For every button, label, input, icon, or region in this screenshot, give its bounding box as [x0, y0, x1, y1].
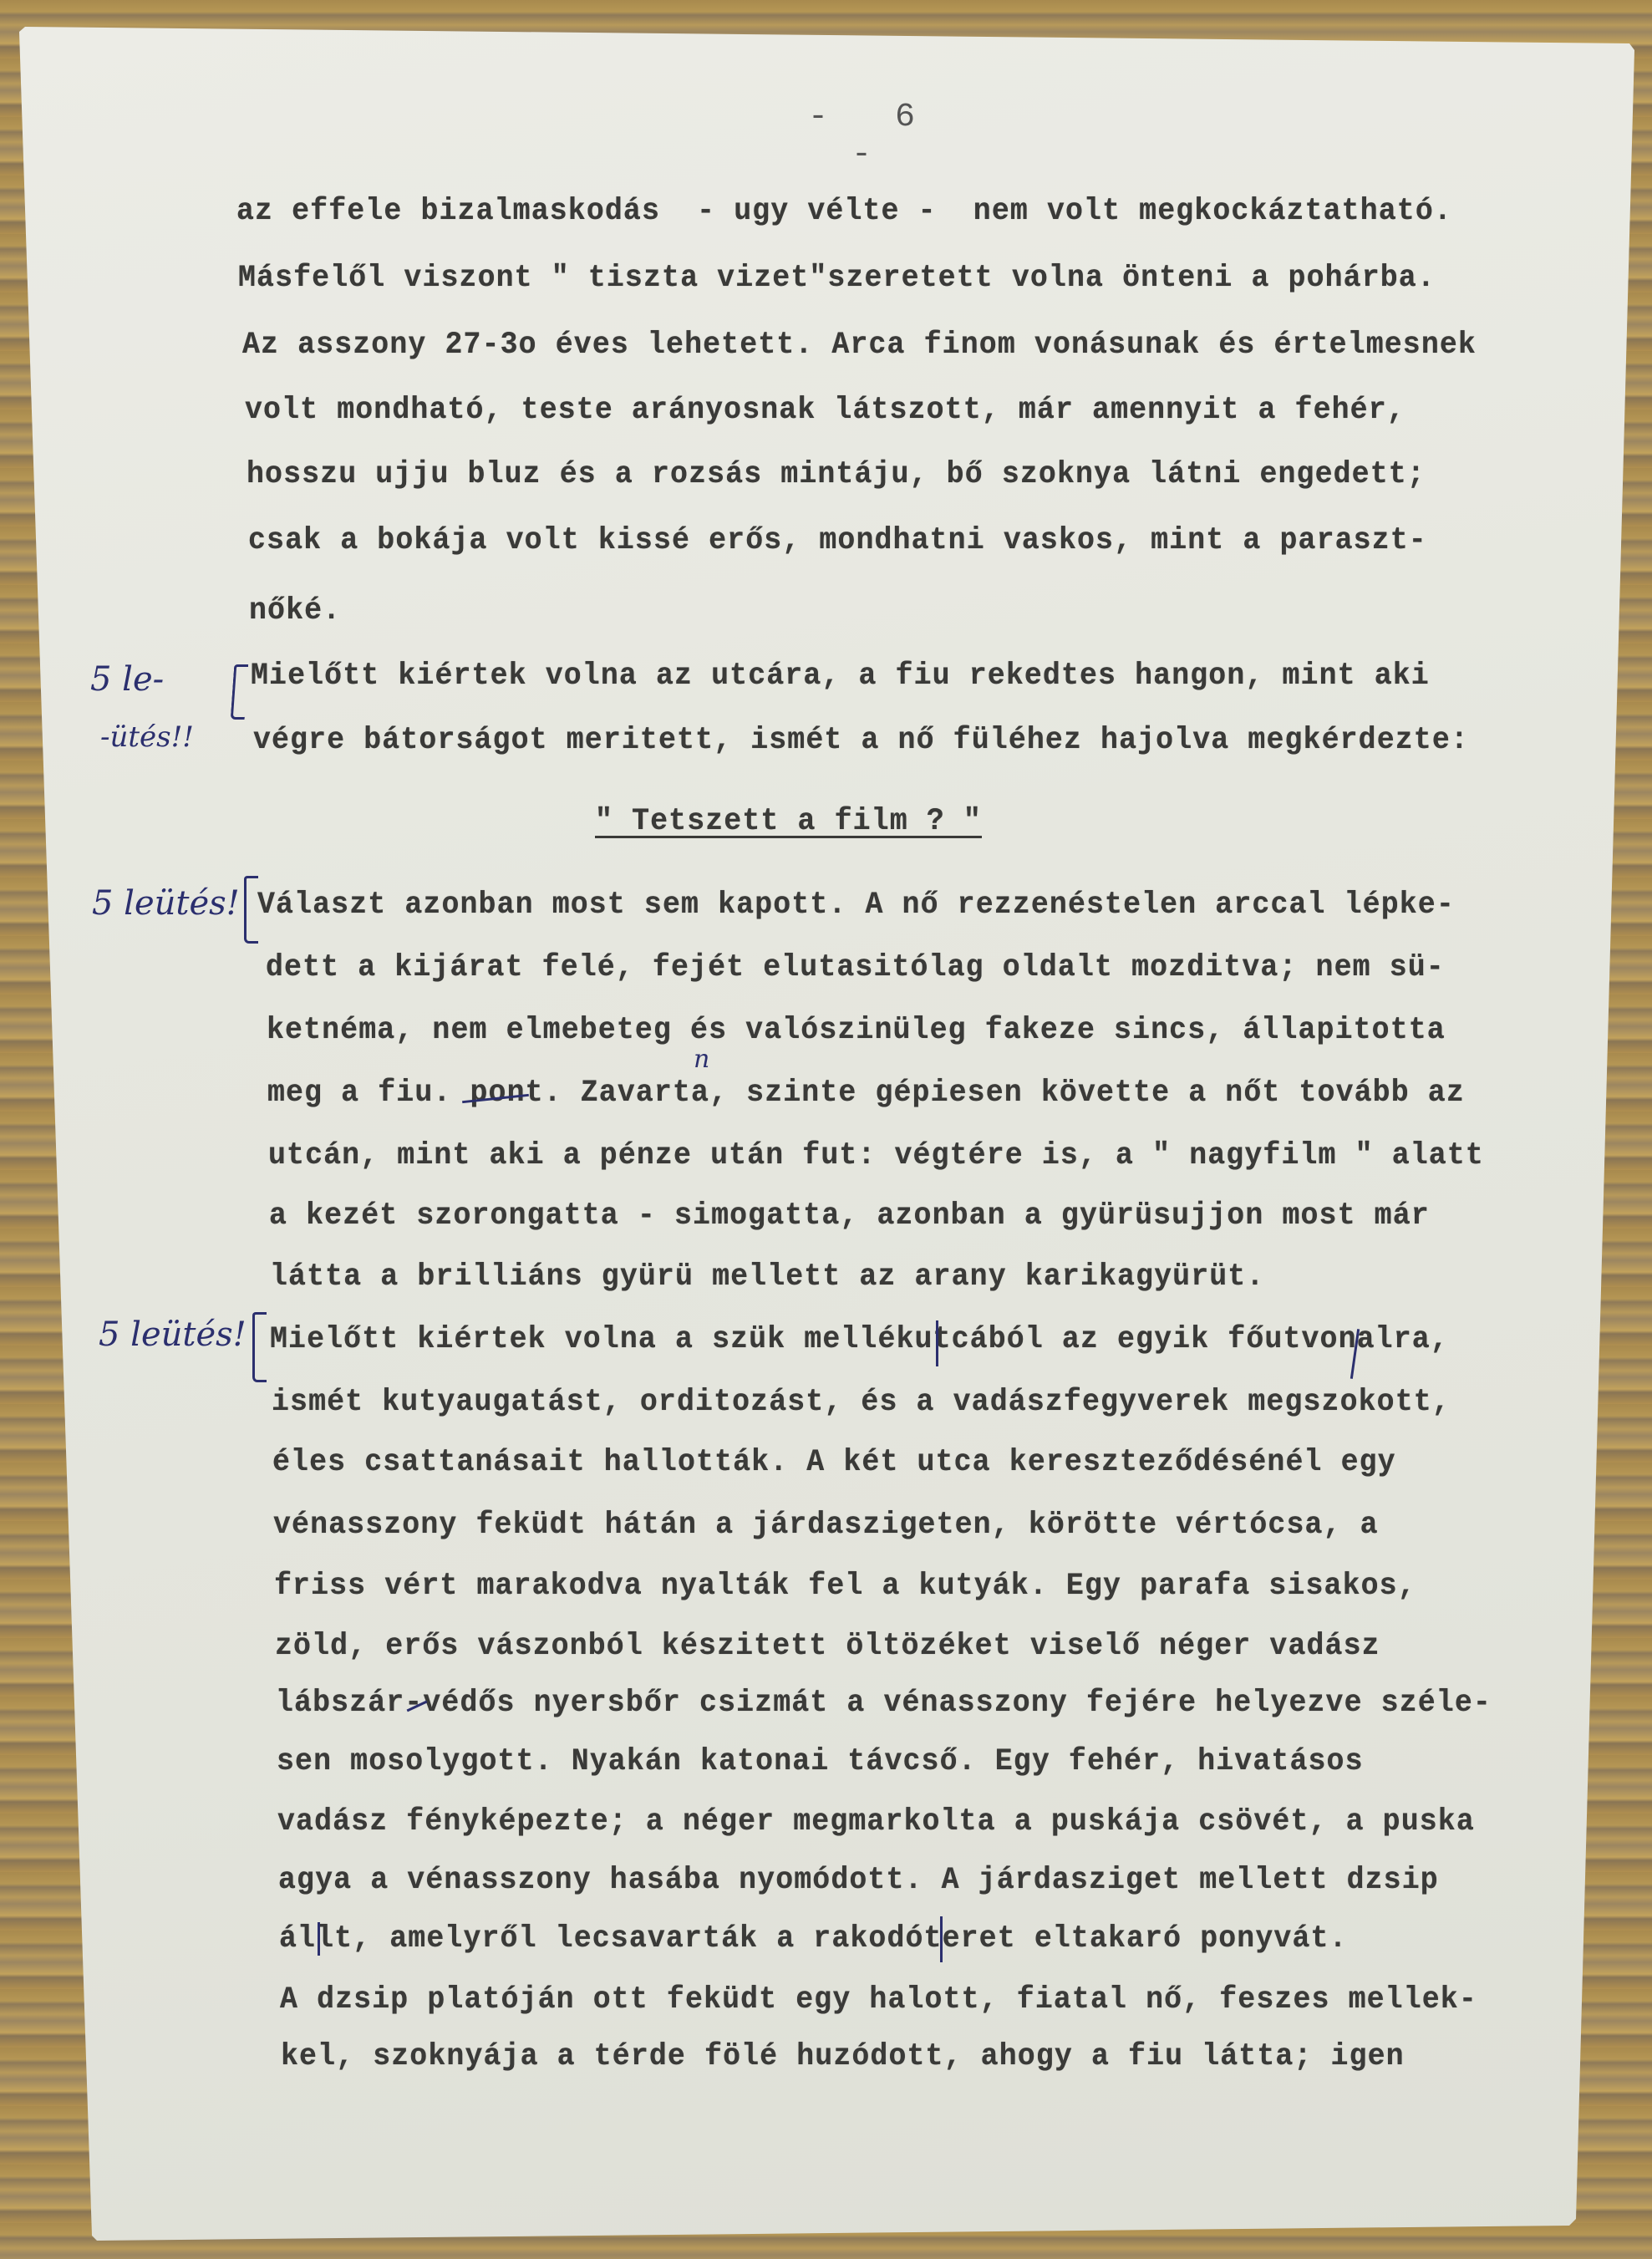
- margin-note-indent-1: 5 le-: [90, 660, 164, 699]
- text-line: sen mosolygott. Nyakán katonai távcső. E…: [277, 1744, 1364, 1779]
- superscript-correction: n: [694, 1045, 709, 1074]
- text-line: A dzsip platóján ott feküdt egy halott, …: [280, 1982, 1477, 2017]
- text-line: az effele bizalmaskodás - ugy vélte - ne…: [236, 194, 1452, 229]
- word-split-mark: [936, 1320, 938, 1366]
- word-split-mark: [940, 1916, 943, 1962]
- quoted-question: " Tetszett a film ? ": [595, 804, 982, 839]
- text-line: volt mondható, teste arányosnak látszott…: [245, 393, 1405, 428]
- text-line: dett a kijárat felé, fejét elutasitólag …: [266, 950, 1445, 985]
- text-line: Mielőtt kiértek volna az utcára, a fiu r…: [251, 659, 1430, 694]
- margin-note-indent-2: 5 leütés!: [92, 884, 240, 923]
- text-line: látta a brilliáns gyürü mellett az arany…: [270, 1259, 1264, 1295]
- text-line: zöld, erős vászonból készitett öltözéket…: [275, 1629, 1380, 1664]
- text-line: a kezét szorongatta - simogatta, azonban…: [269, 1198, 1430, 1234]
- indent-bracket-icon: [252, 1312, 267, 1382]
- insert-mark: [318, 1922, 320, 1956]
- text-line: éles csattanásait hallották. A két utca …: [272, 1445, 1396, 1480]
- text-line: Választ azonban most sem kapott. A nő re…: [257, 888, 1455, 923]
- text-line: végre bátorságot meritett, ismét a nő fü…: [253, 723, 1469, 758]
- text-line: Másfelől viszont " tiszta vizet"szeretet…: [238, 261, 1436, 296]
- margin-note-indent-1-cont: -ütés!!: [100, 720, 194, 754]
- text-line: ketnéma, nem elmebeteg és valószinüleg f…: [267, 1013, 1446, 1048]
- text-line: utcán, mint aki a pénze után fut: végtér…: [268, 1138, 1484, 1173]
- page-number: - 6 -: [794, 99, 953, 174]
- text-line: vadász fényképezte; a néger megmarkolta …: [277, 1804, 1475, 1839]
- text-line: vénasszony feküdt hátán a járdaszigeten,…: [273, 1508, 1379, 1543]
- text-line: Az asszony 27-3o éves lehetett. Arca fin…: [242, 328, 1477, 363]
- text-line: ismét kutyaugatást, orditozást, és a vad…: [272, 1385, 1451, 1420]
- text-line: kel, szoknyája a térde fölé huzódott, ah…: [281, 2039, 1405, 2074]
- text-line: meg a fiu. pont. Zavarta, szinte gépiese…: [267, 1076, 1465, 1111]
- text-line: agya a vénasszony hasába nyomódott. A já…: [278, 1863, 1439, 1898]
- indent-bracket-icon: [244, 876, 258, 944]
- text-line: friss vért marakodva nyalták fel a kutyá…: [274, 1569, 1416, 1604]
- text-line: lábszár-védős nyersbőr csizmát a vénassz…: [276, 1686, 1492, 1721]
- text-line: állt, amelyről lecsavarták a rakodóteret…: [279, 1921, 1348, 1956]
- text-line: Mielőtt kiértek volna a szük mellékutcáb…: [270, 1322, 1449, 1357]
- text-line: csak a bokája volt kissé erős, mondhatni…: [248, 523, 1427, 558]
- text-line: nőké.: [249, 593, 341, 628]
- margin-note-indent-3: 5 leütés!: [99, 1315, 247, 1354]
- text-line: hosszu ujju bluz és a rozsás mintáju, bő…: [247, 457, 1426, 492]
